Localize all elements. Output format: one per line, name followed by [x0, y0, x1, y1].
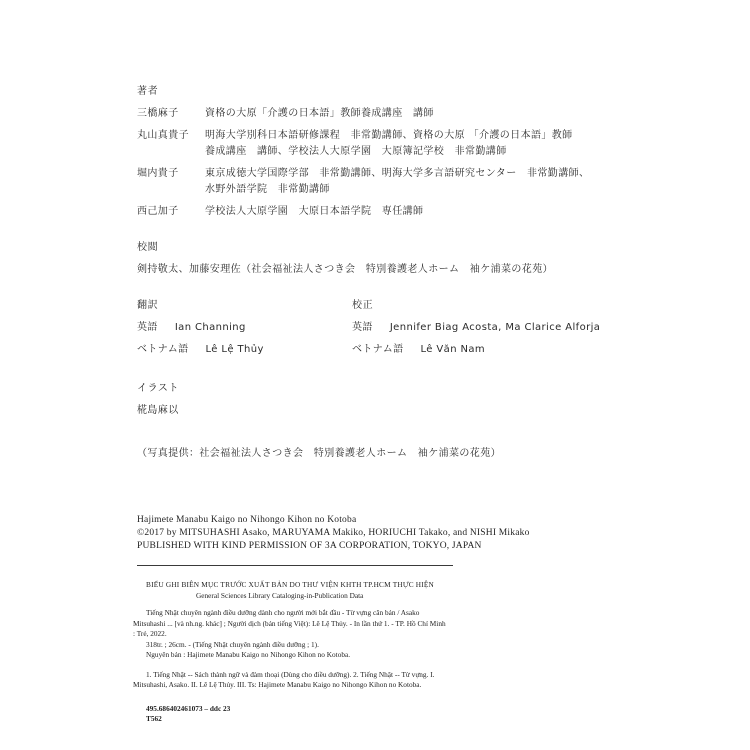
authors-section: 著者 三橋麻子 資格の大原「介護の日本語」教師養成講座 講師 丸山真貴子 明海大… — [137, 84, 690, 220]
review-names: 剣持敬太、加藤安理佐（社会福祉法人さつき会 特別養護老人ホーム 袖ケ浦菜の花苑） — [137, 262, 690, 278]
author-role: 資格の大原「介護の日本語」教師養成講座 講師 — [205, 106, 645, 122]
proofreading-row: ベトナム語 Lê Văn Nam — [352, 342, 690, 358]
language-label: 英語 — [137, 320, 158, 336]
illustrator-name: 椛島麻以 — [137, 403, 690, 419]
author-row: 西己加子 学校法人大原学園 大原日本語学院 専任講師 — [137, 204, 690, 220]
review-section: 校閲 剣持敬太、加藤安理佐（社会福祉法人さつき会 特別養護老人ホーム 袖ケ浦菜の… — [137, 240, 690, 278]
cip-subject-tracings: 1. Tiếng Nhật -- Sách thành ngữ và đàm t… — [133, 670, 653, 691]
divider-rule — [137, 565, 453, 566]
cip-original-title: Nguyên bản : Hajimete Manabu Kaigo no Ni… — [133, 650, 653, 661]
author-role: 学校法人大原学園 大原日本語学院 専任講師 — [205, 204, 645, 220]
proofreading-heading: 校正 — [352, 298, 690, 313]
illustration-section: イラスト 椛島麻以 — [137, 381, 690, 419]
proofreader-name: Lê Văn Nam — [421, 342, 486, 358]
cip-entry: Tiếng Nhật chuyên ngành điều dưỡng dành … — [133, 608, 653, 640]
language-label: 英語 — [352, 320, 373, 336]
author-row: 三橋麻子 資格の大原「介護の日本語」教師養成講座 講師 — [137, 106, 690, 122]
author-row: 丸山真貴子 明海大学別科日本語研修課程 非常勤講師、資格の大原 「介護の日本語」… — [137, 128, 690, 160]
permission-line: PUBLISHED WITH KIND PERMISSION OF 3A COR… — [137, 540, 690, 553]
translation-row: ベトナム語 Lê Lệ Thủy — [137, 342, 352, 358]
proofreading-row: 英語 Jennifer Biag Acosta, Ma Clarice Alfo… — [352, 320, 690, 336]
translation-proofreading-columns: 翻訳 英語 Ian Channing ベトナム語 Lê Lệ Thủy 校正 英… — [137, 298, 690, 364]
language-label: ベトナム語 — [352, 342, 404, 358]
proofreading-section: 校正 英語 Jennifer Biag Acosta, Ma Clarice A… — [352, 298, 690, 364]
authors-heading: 著者 — [137, 84, 690, 99]
author-name: 西己加子 — [137, 204, 205, 220]
author-name: 三橋麻子 — [137, 106, 205, 122]
author-row: 堀内貴子 東京成徳大学国際学部 非常勤講師、明海大学多言語研究センター 非常勤講… — [137, 166, 690, 198]
cutter-number: T562 — [146, 714, 653, 725]
original-title-romaji: Hajimete Manabu Kaigo no Nihongo Kihon n… — [137, 514, 690, 527]
photo-credit: （写真提供：社会福祉法人さつき会 特別養護老人ホーム 袖ケ浦菜の花苑） — [137, 446, 690, 462]
illustration-heading: イラスト — [137, 381, 690, 396]
author-role: 明海大学別科日本語研修課程 非常勤講師、資格の大原 「介護の日本語」教師 養成講… — [205, 128, 645, 160]
colophon-page: 著者 三橋麻子 資格の大原「介護の日本語」教師養成講座 講師 丸山真貴子 明海大… — [0, 0, 750, 750]
cip-block: BIỂU GHI BIÊN MỤC TRƯỚC XUẤT BẢN DO THƯ … — [133, 579, 653, 725]
translation-row: 英語 Ian Channing — [137, 320, 352, 336]
review-heading: 校閲 — [137, 240, 690, 255]
author-name: 丸山真貴子 — [137, 128, 205, 160]
cip-header-vietnamese: BIỂU GHI BIÊN MỤC TRƯỚC XUẤT BẢN DO THƯ … — [146, 579, 653, 590]
proofreader-name: Jennifer Biag Acosta, Ma Clarice Alforja — [390, 320, 601, 336]
language-label: ベトナム語 — [137, 342, 189, 358]
cip-physical-description: 318tr. ; 26cm. - (Tiếng Nhật chuyên ngàn… — [133, 640, 653, 651]
ddc-number: 495.686402461073 – ddc 23 — [146, 704, 653, 715]
author-name: 堀内貴子 — [137, 166, 205, 198]
copyright-line: ©2017 by MITSUHASHI Asako, MARUYAMA Maki… — [137, 527, 690, 540]
translator-name: Ian Channing — [175, 320, 246, 336]
author-role: 東京成徳大学国際学部 非常勤講師、明海大学多言語研究センター 非常勤講師、 水野… — [205, 166, 645, 198]
translation-heading: 翻訳 — [137, 298, 352, 313]
cip-header-english: General Sciences Library Cataloging-in-P… — [196, 590, 653, 601]
translation-section: 翻訳 英語 Ian Channing ベトナム語 Lê Lệ Thủy — [137, 298, 352, 364]
copyright-block: Hajimete Manabu Kaigo no Nihongo Kihon n… — [137, 514, 690, 553]
translator-name: Lê Lệ Thủy — [206, 342, 264, 358]
